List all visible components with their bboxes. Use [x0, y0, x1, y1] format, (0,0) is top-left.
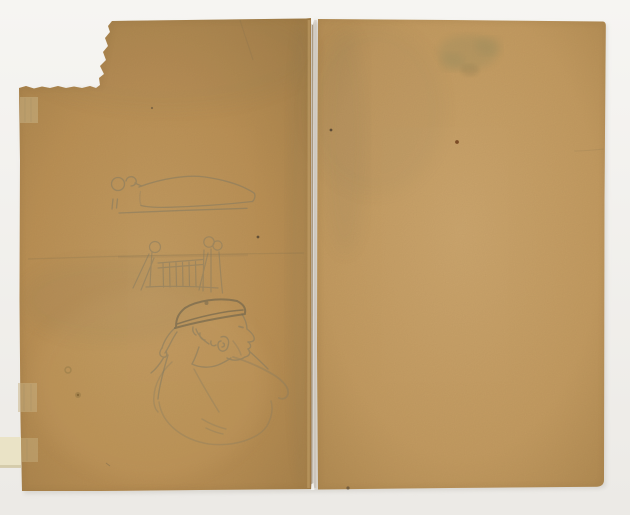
ring-stain-2-center: [77, 394, 79, 396]
cream-tab-shadow: [0, 465, 21, 468]
cap-button: [205, 301, 209, 305]
fold-shade: [315, 20, 316, 488]
spot-left-page: [257, 236, 260, 239]
fence-picket: [196, 262, 197, 287]
smudge-left-mid: [20, 258, 210, 342]
fence-picket: [183, 262, 184, 286]
fence-picket: [176, 263, 177, 287]
tape-top-left: [20, 97, 38, 123]
spot-near-fold: [330, 129, 333, 132]
center-fold-crease: [309, 17, 316, 490]
fold-highlight: [309, 20, 310, 488]
stain-right-broad: [305, 25, 445, 195]
cream-tab: [0, 437, 21, 467]
stain-olive-blob: [440, 53, 464, 71]
fold-line: [312, 18, 313, 489]
fence-picket: [189, 262, 190, 286]
stain-olive-blob: [475, 37, 501, 55]
tape-mid-left: [18, 383, 37, 412]
eye-mark: [239, 327, 243, 328]
stain-olive-blob: [461, 64, 479, 76]
spot-bottom-edge: [346, 486, 349, 489]
fence-picket: [163, 264, 164, 288]
tape-low-left: [21, 438, 38, 462]
scan-canvas: [0, 0, 630, 515]
scanned-sketch-sheet: [0, 0, 630, 515]
spot-red-right-page: [455, 140, 459, 144]
fence-picket: [170, 263, 171, 287]
fleck-top-left: [151, 107, 153, 109]
